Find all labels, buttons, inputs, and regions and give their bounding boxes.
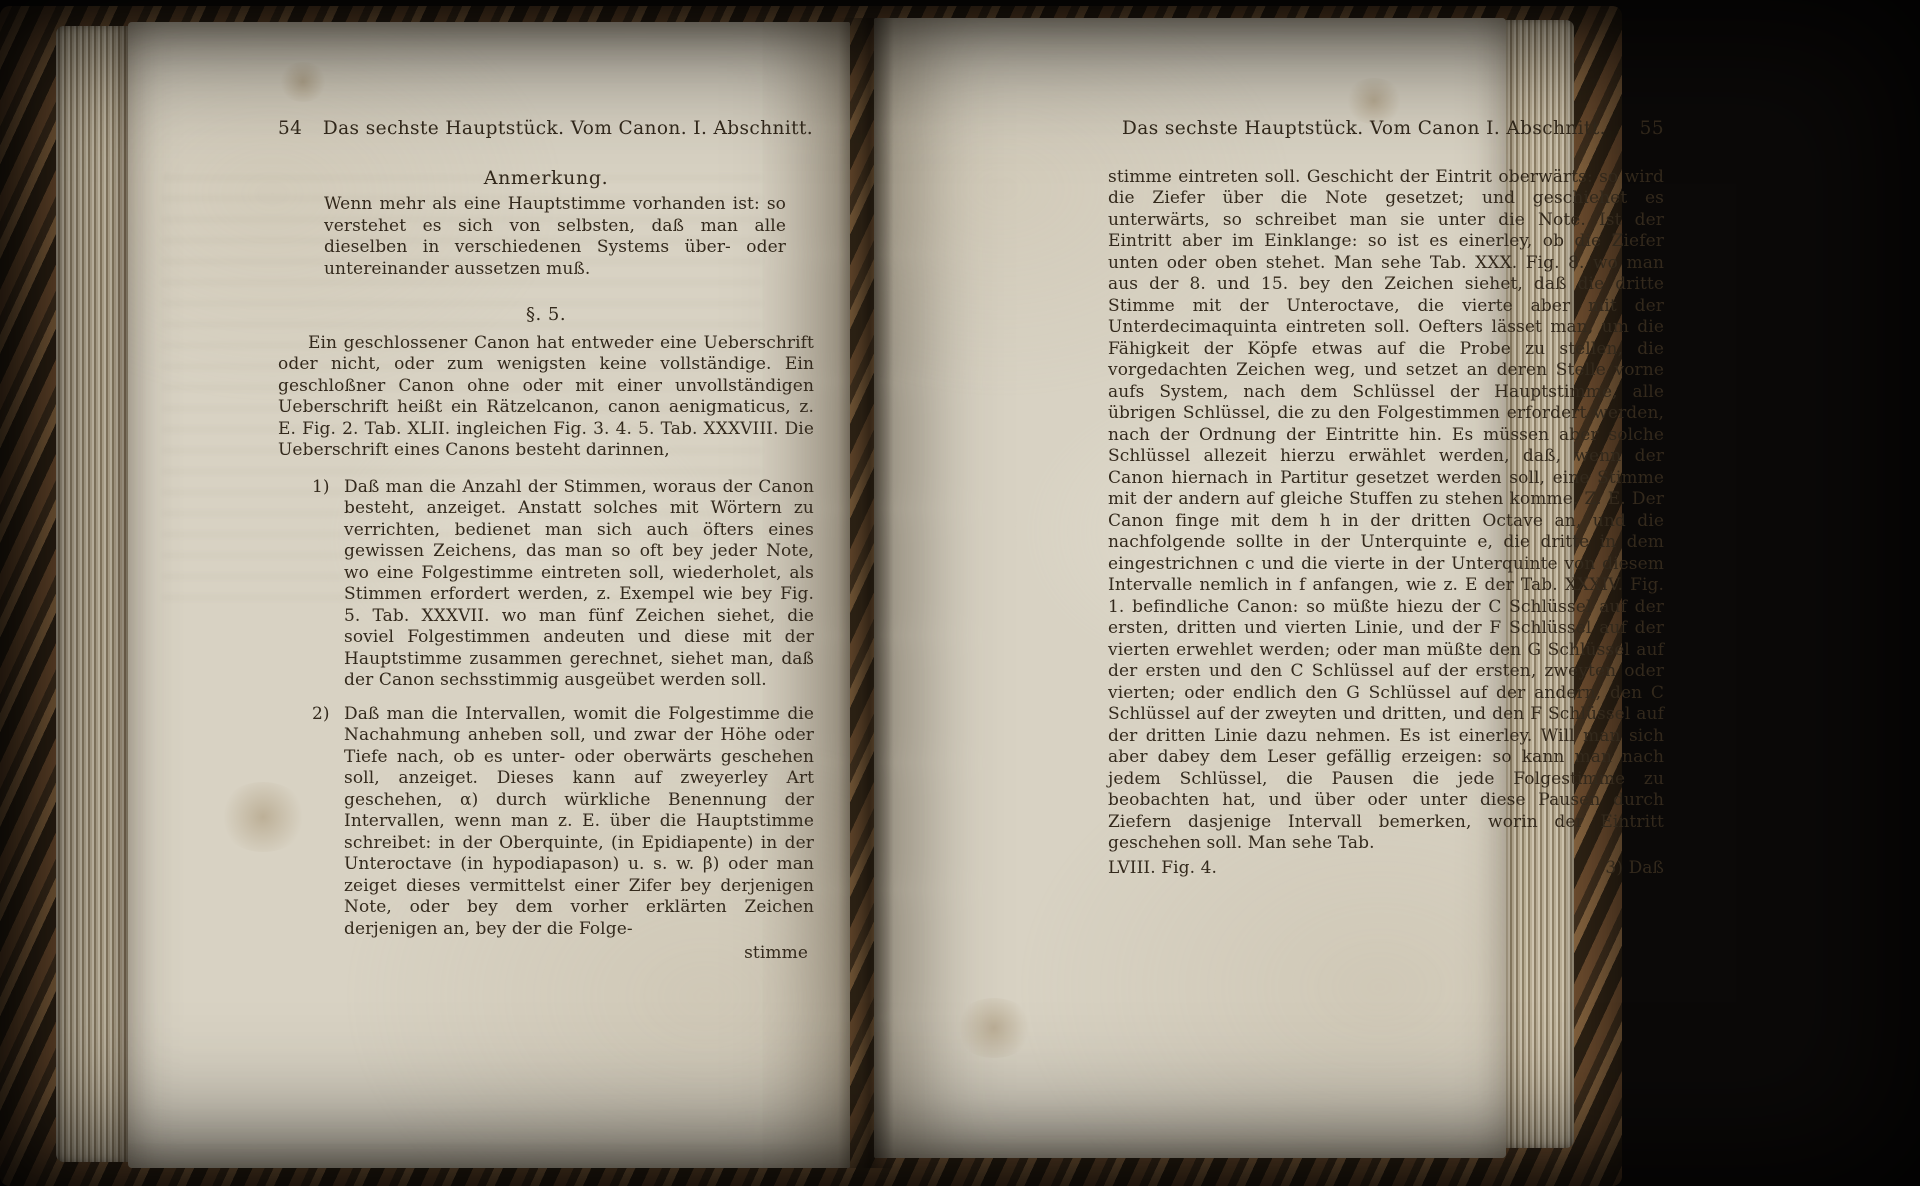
running-title-left: Das sechste Hauptstück. Vom Canon. I. Ab… (322, 118, 814, 140)
anmerkung-heading: Anmerkung. (278, 168, 814, 190)
right-page: Das sechste Hauptstück. Vom Canon I. Abs… (874, 18, 1506, 1158)
foxing-spot (954, 998, 1034, 1058)
list-item-marker: 2) (312, 704, 330, 726)
catchword-left: stimme (278, 943, 814, 965)
right-page-header: Das sechste Hauptstück. Vom Canon I. Abs… (1108, 118, 1664, 140)
section-heading: §. 5. (278, 304, 814, 326)
left-page-header: 54 Das sechste Hauptstück. Vom Canon. I.… (278, 118, 814, 140)
list-item-text: Daß man die Anzahl der Stimmen, woraus d… (344, 477, 814, 692)
running-title-right: Das sechste Hauptstück. Vom Canon I. Abs… (1108, 118, 1620, 140)
list-item: 1) Daß man die Anzahl der Stimmen, worau… (278, 477, 814, 692)
signature-mark: LVIII. Fig. 4. (1108, 858, 1217, 880)
numbered-list: 1) Daß man die Anzahl der Stimmen, worau… (278, 477, 814, 941)
catchword-right: 3) Daß (1605, 858, 1664, 880)
foxing-spot (278, 62, 328, 102)
left-page: 54 Das sechste Hauptstück. Vom Canon. I.… (128, 22, 850, 1168)
page-edges-left (56, 26, 130, 1162)
page-number-left: 54 (278, 118, 322, 140)
anmerkung-paragraph: Wenn mehr als eine Hauptstimme vorhanden… (324, 194, 786, 280)
body-paragraph: stimme eintreten soll. Geschicht der Ein… (1108, 167, 1664, 855)
list-item-text: Daß man die Intervallen, womit die Folge… (344, 704, 814, 941)
right-page-text-column: Das sechste Hauptstück. Vom Canon I. Abs… (1108, 118, 1664, 879)
list-item-marker: 1) (312, 477, 330, 499)
open-book: 54 Das sechste Hauptstück. Vom Canon. I.… (0, 0, 1920, 1186)
left-page-text-column: 54 Das sechste Hauptstück. Vom Canon. I.… (278, 118, 814, 965)
page-number-right: 55 (1620, 118, 1664, 140)
right-page-footer: LVIII. Fig. 4. 3) Daß (1108, 858, 1664, 880)
body-paragraph: Ein geschlossener Canon hat entweder ein… (278, 333, 814, 462)
list-item: 2) Daß man die Intervallen, womit die Fo… (278, 704, 814, 941)
